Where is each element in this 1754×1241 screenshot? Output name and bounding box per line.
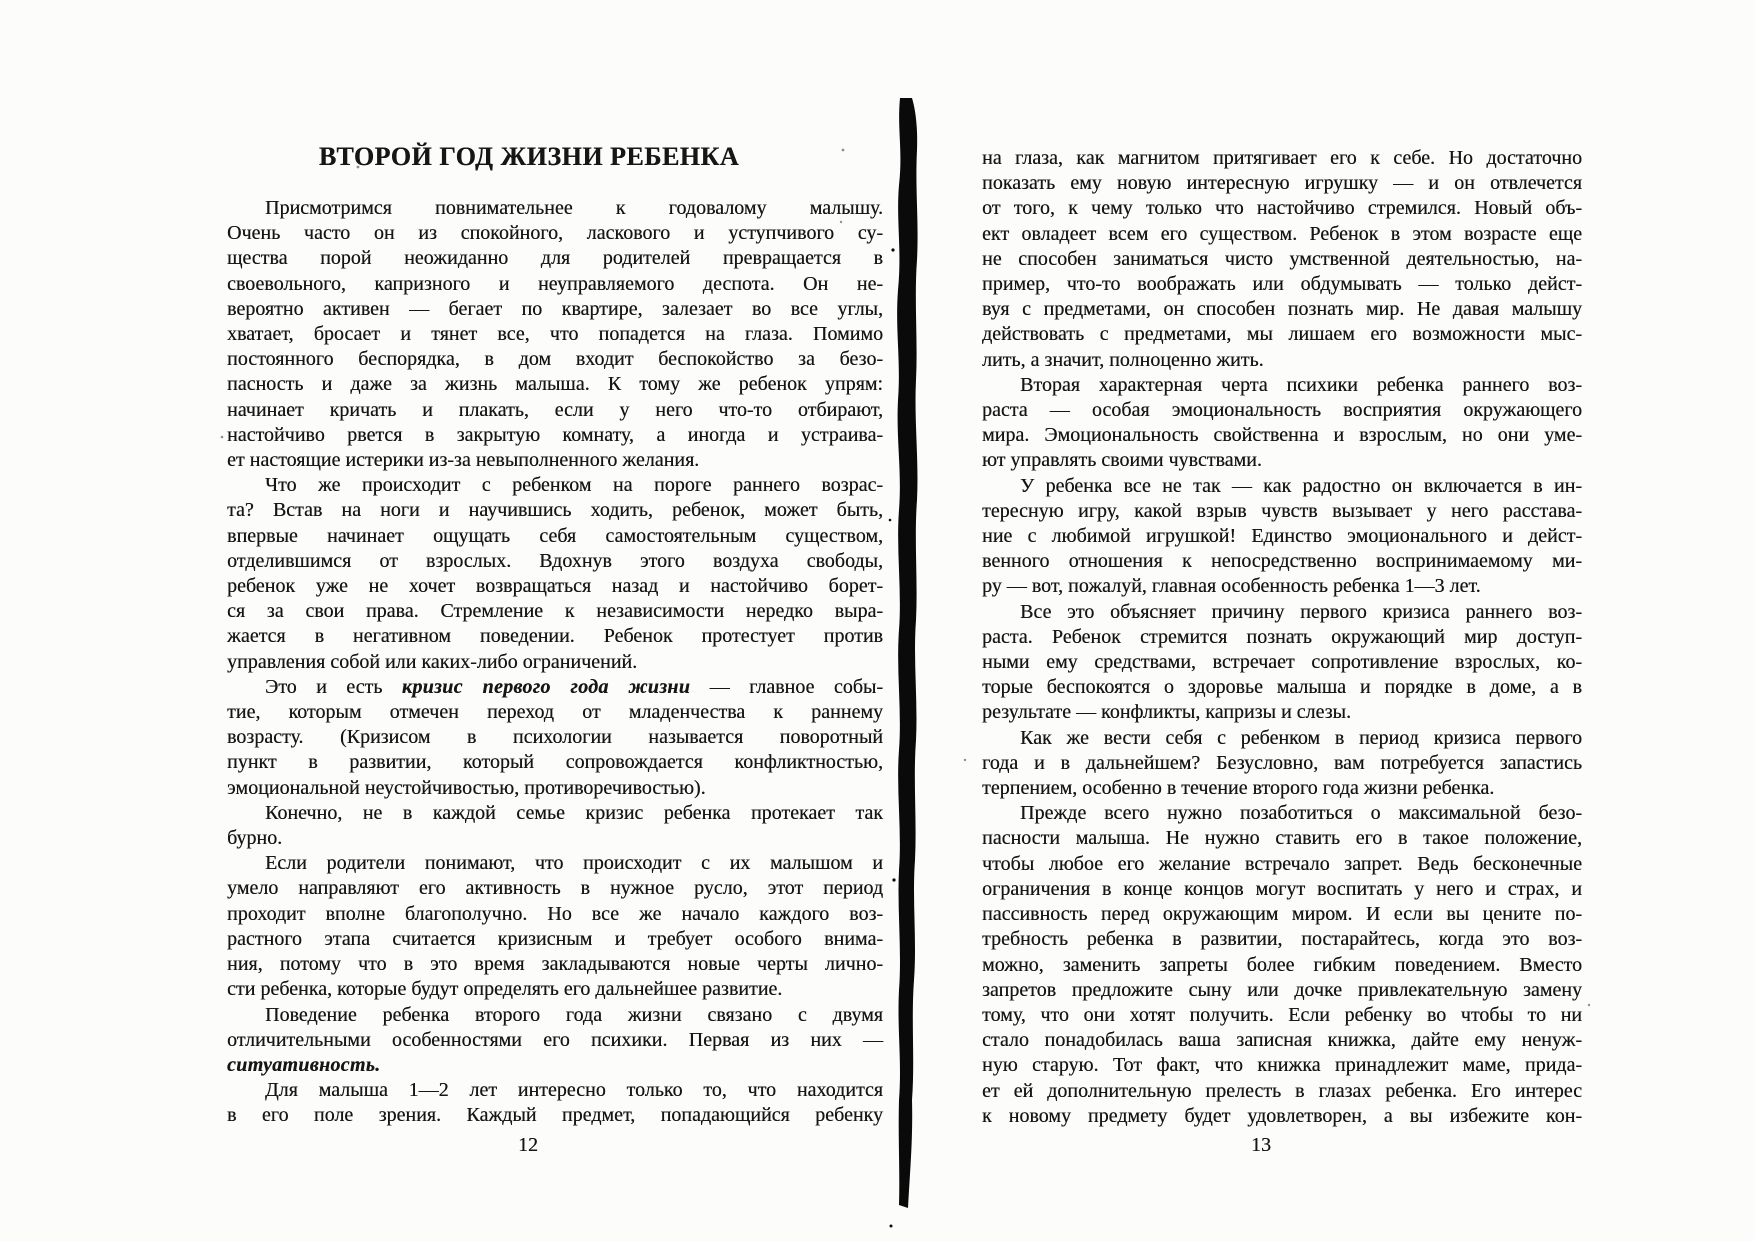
text-line: раста. Ребенок стремится познать окружаю…: [982, 625, 1582, 650]
text-line: лить, а значит, полноценно жить.: [982, 348, 1582, 373]
text-line: управления собой или каких-либо ограниче…: [227, 650, 883, 675]
text-line: мира. Эмоциональность свойственна и взро…: [982, 423, 1582, 448]
text-line: эмоциональной неустойчивостью, противоре…: [227, 776, 883, 801]
text-line: пассивность перед окружающим миром. И ес…: [982, 902, 1582, 927]
text-line: щества порой неожиданно для родителей пр…: [227, 246, 883, 271]
text-line: ют управлять своими чувствами.: [982, 448, 1582, 473]
book-scan: ВТОРОЙ ГОД ЖИЗНИ РЕБЕНКА Присмотримся по…: [0, 0, 1754, 1241]
text-line: требность ребенка в развитии, постарайте…: [982, 927, 1582, 952]
text-line: ния, потому что в это время закладываютс…: [227, 952, 883, 977]
text-line: торые беспокоятся о здоровье малыша и по…: [982, 675, 1582, 700]
text-line: ограничения в конце концов могут воспита…: [982, 877, 1582, 902]
text-line: Вторая характерная черта психики ребенка…: [982, 373, 1582, 398]
text-line: ет ей дополнительную прелесть в глазах р…: [982, 1079, 1582, 1104]
text-line: отличительными особенностями его психики…: [227, 1028, 883, 1053]
text-line: не способен заниматься чисто умственной …: [982, 247, 1582, 272]
text-line: У ребенка все не так — как радостно он в…: [982, 474, 1582, 499]
text-line: настойчиво рвется в закрытую комнату, а …: [227, 423, 883, 448]
text-line: Если родители понимают, что происходит с…: [227, 851, 883, 876]
text-line: постоянного беспорядка, в дом входит бес…: [227, 347, 883, 372]
text-line: в его поле зрения. Каждый предмет, попад…: [227, 1103, 883, 1128]
text-line: ся за свои права. Стремление к независим…: [227, 599, 883, 624]
text-line: ет настоящие истерики из-за невыполненно…: [227, 448, 883, 473]
text-line: Очень часто он из спокойного, ласкового …: [227, 221, 883, 246]
text-line: ру — вот, пожалуй, главная особенность р…: [982, 574, 1582, 599]
left-page-body: Присмотримся повнимательнее к годовалому…: [227, 196, 883, 1129]
text-line: вуя с предметами, он способен познать ми…: [982, 297, 1582, 322]
chapter-title: ВТОРОЙ ГОД ЖИЗНИ РЕБЕНКА: [201, 142, 857, 172]
text-line: ние с любимой игрушкой! Единство эмоцион…: [982, 524, 1582, 549]
text-line: сти ребенка, которые будут определять ег…: [227, 977, 883, 1002]
text-line: жается в негативном поведении. Ребенок п…: [227, 624, 883, 649]
text-line: венного отношения к непосредственно восп…: [982, 549, 1582, 574]
text-line: Присмотримся повнимательнее к годовалому…: [227, 196, 883, 221]
text-line: стало понадобилась ваша записная книжка,…: [982, 1028, 1582, 1053]
text-line: пасности малыша. Не нужно ставить его в …: [982, 826, 1582, 851]
text-line: запретов предложите сыну или дочке привл…: [982, 978, 1582, 1003]
text-line: на глаза, как магнитом притягивает его к…: [982, 146, 1582, 171]
text-line: бурно.: [227, 826, 883, 851]
text-line: Прежде всего нужно позаботиться о максим…: [982, 801, 1582, 826]
text-line: ребенок уже не хочет возвращаться назад …: [227, 574, 883, 599]
text-line: раста — особая эмоциональность восприяти…: [982, 398, 1582, 423]
text-line: впервые начинает ощущать себя самостояте…: [227, 524, 883, 549]
text-line: ными ему средствами, встречает сопротивл…: [982, 650, 1582, 675]
text-line: результате — конфликты, капризы и слезы.: [982, 700, 1582, 725]
text-line: своевольного, капризного и неуправляемог…: [227, 272, 883, 297]
text-line: Это и есть кризис первого года жизни — г…: [227, 675, 883, 700]
text-line: Поведение ребенка второго года жизни свя…: [227, 1003, 883, 1028]
text-line: можно, заменить запреты более гибким пов…: [982, 953, 1582, 978]
text-line: действовать с предметами, мы лишаем его …: [982, 322, 1582, 347]
text-line: Для малыша 1—2 лет интересно только то, …: [227, 1078, 883, 1103]
text-line: возрасту. (Кризисом в психологии называе…: [227, 725, 883, 750]
text-line: растного этапа считается кризисным и тре…: [227, 927, 883, 952]
text-line: тому, что они хотят получить. Если ребен…: [982, 1003, 1582, 1028]
text-line: Конечно, не в каждой семье кризис ребенк…: [227, 801, 883, 826]
left-page-number: 12: [227, 1134, 829, 1157]
text-line: отделившимся от взрослых. Вдохнув этого …: [227, 549, 883, 574]
text-line: ситуативность.: [227, 1053, 883, 1078]
text-line: Все это объясняет причину первого кризис…: [982, 600, 1582, 625]
text-line: ект овладеет всем его существом. Ребенок…: [982, 222, 1582, 247]
text-line: терпением, особенно в течение второго го…: [982, 776, 1582, 801]
text-line: Как же вести себя с ребенком в период кр…: [982, 726, 1582, 751]
text-line: показать ему новую интересную игрушку — …: [982, 171, 1582, 196]
text-line: та? Встав на ноги и научившись ходить, р…: [227, 498, 883, 523]
text-line: хватает, бросает и тянет все, что попаде…: [227, 322, 883, 347]
text-line: ную старую. Тот факт, что книжка принадл…: [982, 1053, 1582, 1078]
text-line: начинает кричать и плакать, если у него …: [227, 398, 883, 423]
text-line: пример, что-то воображать или обдумывать…: [982, 272, 1582, 297]
text-line: Что же происходит с ребенком на пороге р…: [227, 473, 883, 498]
text-line: пасность и даже за жизнь малыша. К тому …: [227, 372, 883, 397]
text-line: умело направляют его активность в нужное…: [227, 876, 883, 901]
text-line: вероятно активен — бегает по квартире, з…: [227, 297, 883, 322]
text-line: тересную игру, какой взрыв чувств вызыва…: [982, 499, 1582, 524]
text-line: чтобы любое его желание встречало запрет…: [982, 852, 1582, 877]
right-page-body: на глаза, как магнитом притягивает его к…: [982, 146, 1582, 1129]
text-line: тие, которым отмечен переход от младенче…: [227, 700, 883, 725]
text-line: года и в дальнейшем? Безусловно, вам пот…: [982, 751, 1582, 776]
text-line: пункт в развитии, который сопровождается…: [227, 750, 883, 775]
text-line: к новому предмету будет удовлетворен, а …: [982, 1104, 1582, 1129]
text-line: проходит вполне благополучно. Но все же …: [227, 902, 883, 927]
right-page-number: 13: [982, 1134, 1540, 1157]
text-line: от того, к чему только что настойчиво ст…: [982, 196, 1582, 221]
